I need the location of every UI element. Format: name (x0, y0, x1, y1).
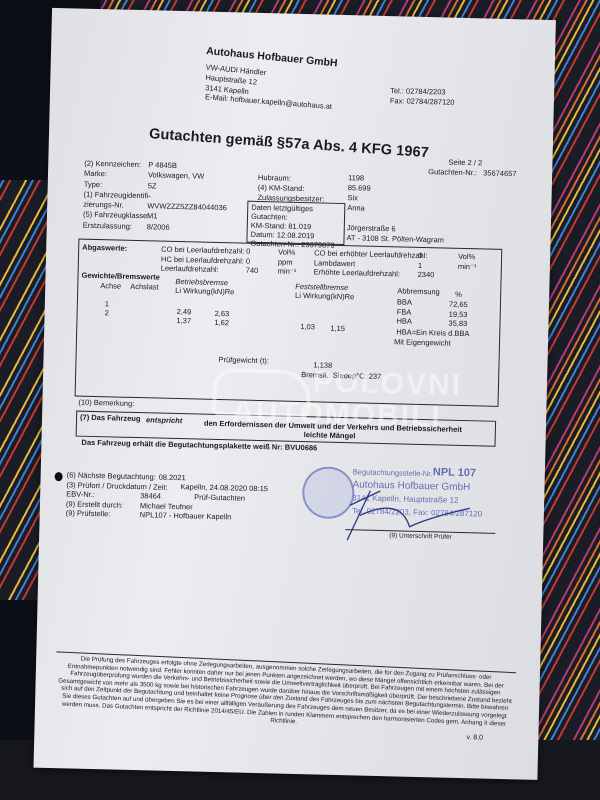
punch-hole (55, 472, 63, 481)
watermark: POLOVNI AUTOMOBILI (222, 364, 463, 434)
verdict-prefix: (7) Das Fahrzeug (80, 413, 141, 423)
company-tel: Tel.: 02784/2203 (390, 86, 446, 96)
axle-numbers: 1 2 (105, 299, 110, 317)
next-inspection: 08.2021 (159, 473, 186, 483)
emissions-left-units: Vol% ppm min⁻¹ (278, 247, 297, 276)
col-axle: Achse (100, 281, 121, 291)
report-number: 35674657 (483, 168, 517, 178)
emissions-left: CO bei Leerlaufdrehzahl: HC bei Leerlauf… (161, 245, 245, 276)
parking-brake-left: 1,03 (300, 322, 315, 331)
deceleration-heading: Abbremsung (397, 286, 440, 296)
company-email: E-Mail: hofbauer.kapelln@autohaus.at (205, 92, 333, 111)
company-fax: Fax: 02784/287120 (390, 96, 455, 107)
service-brake-left: 2,49 1,37 (176, 307, 191, 325)
vehicle-make: Volkswagen, VW (148, 171, 228, 183)
page-number: Seite 2 / 2 (448, 158, 482, 168)
parking-brake-sub: Li Wirkung(kN)Re (295, 291, 354, 301)
form-version: v. 8.0 (466, 734, 483, 741)
emissions-left-values: 0 0 740 (246, 247, 259, 276)
owner-city: AT - 3108 St. Pölten-Wagram (346, 233, 444, 245)
vehicle-values: P 4845B Volkswagen, VW 5Z WVWZZZ5ZZ84044… (147, 160, 228, 234)
brakes-heading: Gewichte/Bremswerte (81, 271, 160, 282)
ebv-type: Prüf-Gutachten (194, 492, 245, 502)
service-brake-right: 2,63 1,62 (214, 309, 229, 327)
previous-report-box: Daten letztgültiges Gutachten: KM-Stand:… (246, 201, 345, 245)
document-title: Gutachten gemäß §57a Abs. 4 KFG 1967 (149, 126, 430, 161)
signature-label: (9) Unterschrift Prüfer (389, 532, 452, 541)
emissions-right-units: Vol% min⁻¹ (458, 252, 477, 271)
stamp-station-number: NPL 107 (433, 466, 476, 479)
emissions-right-values: 0 1 2340 (418, 251, 435, 280)
verdict-result: entspricht (146, 415, 182, 425)
verdict-defects: leichte Mängel (304, 430, 356, 440)
deceleration-values: 72,65 19,53 35,83 (448, 300, 467, 329)
emissions-right: CO bei erhöhter Leerlaufdrehzahl: Lambda… (314, 248, 428, 279)
first-registration: 8/2006 (147, 222, 227, 234)
own-weight-note: Mit Eigengewicht (394, 337, 451, 347)
deceleration-unit: % (455, 290, 462, 299)
hba-note: HBA=Ein Kreis d.BBA (396, 327, 469, 338)
legal-disclaimer: Die Prüfung des Fahrzeuges erfolgte ohne… (56, 654, 513, 735)
emissions-heading: Abgaswerte: (82, 243, 127, 253)
vehicle-right-labels: Hubraum: (4) KM-Stand: Zulassungsbesitze… (257, 173, 324, 205)
deceleration-labels: BBA FBA HBA (396, 297, 412, 326)
col-axle-load: Achslast (130, 282, 159, 292)
parking-brake-right: 1,15 (330, 324, 345, 333)
stamp-station-label: Begutachtungsstelle-Nr. (353, 467, 433, 478)
inspection-report-paper: Autohaus Hofbauer GmbH VW-AUDI Händler H… (34, 8, 556, 780)
remarks-label: (10) Bemerkung: (78, 398, 134, 408)
service-brake-sub: Li Wirkung(kN)Re (175, 286, 234, 296)
vehicle-right-values: 1198 85.699 Six Anna Jörgerstraße 6 AT -… (346, 173, 445, 245)
vehicle-labels: (2) Kennzeichen: Marke: Type: (1) Fahrze… (83, 159, 152, 233)
